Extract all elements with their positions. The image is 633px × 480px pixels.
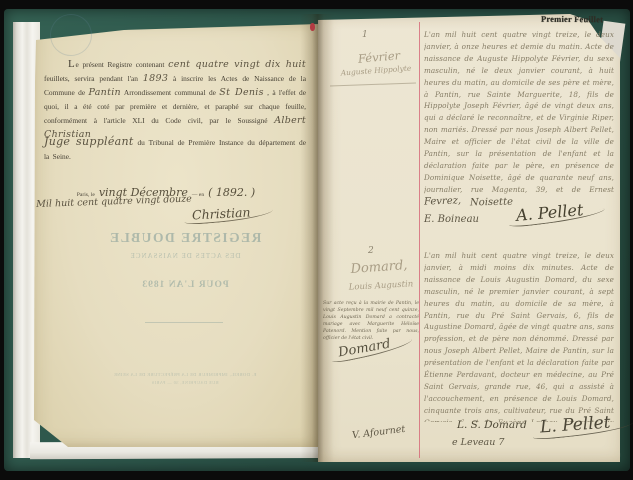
birth-act-text: L'an mil huit cent quatre vingt treize, … [424,250,614,422]
bleedthrough-subtitle: DES ACTES DE NAISSANCE [75,252,295,260]
scanned-register-photo: Le présent Registre contenant cent quatr… [0,0,633,480]
printed-text: Le présent Registre contenant [68,60,165,69]
red-wax-mark [310,23,315,31]
register-closing-paragraph: Juge suppléant du Tribunal de Première I… [44,135,306,164]
signature-flourish: Christian [192,204,251,222]
handwritten-fill: Pantin [88,87,121,98]
bleedthrough-title: REGISTRE DOUBLE [75,230,295,246]
bleedthrough-year: POUR L'AN 1893 [75,280,295,290]
premier-feuillet-stamp: Premier Feuillet [541,14,603,25]
record-number: 1 [362,30,368,40]
handwritten-judge-title: Juge suppléant [44,135,134,148]
birth-act-text: L'an mil huit cent quatre vingt treize, … [424,29,614,196]
witness-signature: e Leveau 7 [452,437,504,448]
red-margin-rule [419,22,420,458]
handwritten-fill: cent quatre vingt dix huit [168,59,306,70]
witness-signature: E. Boineau [424,214,479,225]
bleedthrough-divider [145,322,223,323]
marginal-mention-note: Sur acte reçu à la mairie de Pantin, le … [323,300,419,342]
witness-signature: L. S. Domard [457,419,527,431]
bleedthrough-imprint-2: RUE DAUPHINE, 30 — PARIS [70,380,300,385]
handwritten-fill: St Denis [219,87,264,98]
witness-signature: Fevrez, [424,195,461,207]
record-number: 2 [368,246,374,256]
judge-signature: Christian [192,204,251,222]
handwritten-fill: 1893 [143,73,168,84]
witness-signature: Noisette [470,197,513,209]
bleedthrough-imprint-1: E. DOREIL, IMPRIMEUR DE LA PRÉFECTURE DE… [70,372,300,377]
printed-text: Arrondissement communal de [124,88,216,97]
printed-text: feuillets, servira pendant l'an [44,74,138,83]
register-opening-paragraph: Le présent Registre contenant cent quatr… [44,57,306,142]
